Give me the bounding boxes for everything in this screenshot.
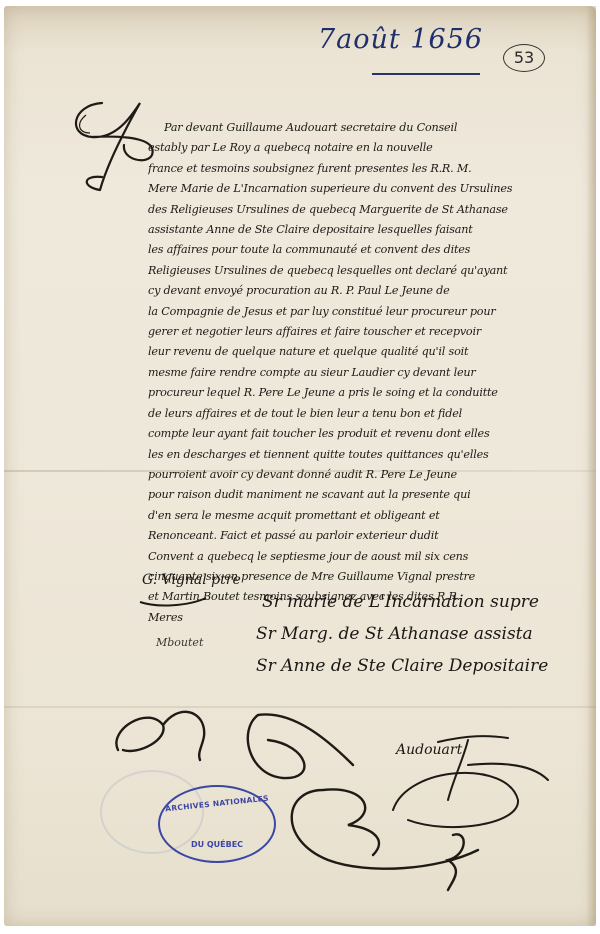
- body-line: assistante Anne de Ste Claire depositair…: [148, 220, 588, 240]
- body-line: gerer et negotier leurs affaires et fair…: [148, 322, 588, 342]
- body-line: pour raison dudit maniment ne scavant au…: [148, 485, 588, 505]
- body-line: Convent a quebecq le septiesme jour de a…: [148, 547, 588, 567]
- body-line: procureur lequel R. Pere Le Jeune a pris…: [148, 383, 588, 403]
- body-line: de leurs affaires et de tout le bien leu…: [148, 404, 588, 424]
- signature-marie-incarnation: Sr marie de L'Incarnation supre: [262, 586, 548, 618]
- signature-audouart: Audouart: [396, 742, 462, 758]
- signature-boutet: Mboutet: [156, 636, 203, 649]
- document-body: Par devant Guillaume Audouart secretaire…: [148, 118, 588, 628]
- folio-number: 53: [503, 44, 545, 72]
- body-line: mesme faire rendre compte au sieur Laudi…: [148, 363, 588, 383]
- body-line: france et tesmoins soubsignez furent pre…: [148, 159, 588, 179]
- body-line: Renonceant. Faict et passé au parloir ex…: [148, 526, 588, 546]
- stamp-top-text: ARCHIVES NATIONALES: [160, 793, 274, 814]
- body-line: Mere Marie de L'Incarnation superieure d…: [148, 179, 588, 199]
- body-line: leur revenu de quelque nature et quelque…: [148, 342, 588, 362]
- body-line: cy devant envoyé procuration au R. P. Pa…: [148, 281, 588, 301]
- body-line: Par devant Guillaume Audouart secretaire…: [164, 118, 588, 138]
- body-line: Religieuses Ursulines de quebecq lesquel…: [148, 261, 588, 281]
- body-line: les affaires pour toute la communauté et…: [148, 240, 588, 260]
- body-line: compte leur ayant fait toucher les produ…: [148, 424, 588, 444]
- date-annotation: 7août 1656: [318, 24, 483, 55]
- archives-stamp: ARCHIVES NATIONALES DU QUÉBEC: [158, 785, 276, 863]
- body-line: la Compagnie de Jesus et par luy constit…: [148, 302, 588, 322]
- date-underline: [372, 73, 480, 75]
- signature-anne-claire: Sr Anne de Ste Claire Depositaire: [256, 650, 548, 682]
- signature-block-nuns: Sr marie de L'Incarnation supre Sr Marg.…: [262, 586, 548, 682]
- body-line: d'en sera le mesme acquit promettant et …: [148, 506, 588, 526]
- signature-paraph-icon: [138, 586, 208, 608]
- body-line: les en descharges et tiennent quitte tou…: [148, 445, 588, 465]
- body-line: pourroient avoir cy devant donné audit R…: [148, 465, 588, 485]
- body-line: estably par Le Roy a quebecq notaire en …: [148, 138, 588, 158]
- signature-marguerite-athanase: Sr Marg. de St Athanase assista: [256, 618, 548, 650]
- stamp-bottom-text: DU QUÉBEC: [160, 840, 274, 849]
- body-line: des Religieuses Ursulines de quebecq Mar…: [148, 200, 588, 220]
